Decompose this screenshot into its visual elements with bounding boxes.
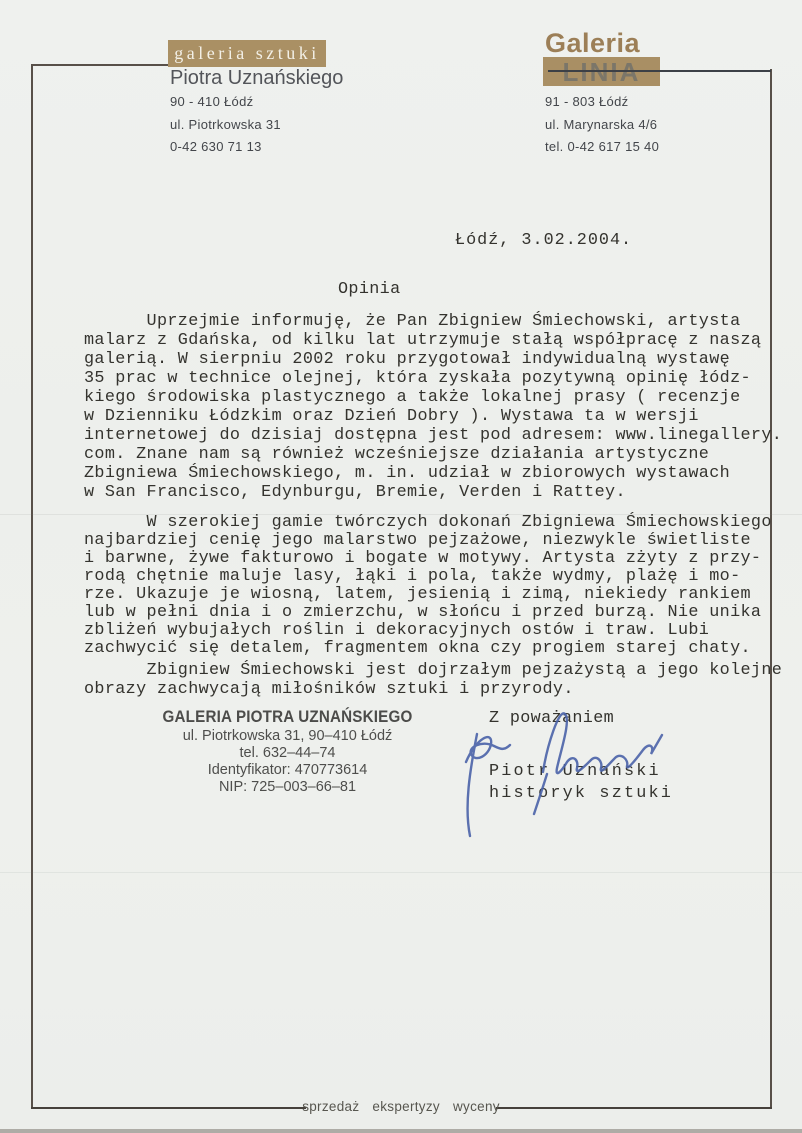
right-gallery-postal: 91 - 803 Łódź <box>545 94 628 109</box>
stamp-title: GALERIA PIOTRA UZNAŃSKIEGO <box>161 708 414 727</box>
stamp-phone: tel. 632–44–74 <box>150 745 425 761</box>
left-gallery-logo: galeria sztuki <box>168 40 326 67</box>
stamp-address: ul. Piotrkowska 31, 90–410 Łódź <box>150 728 425 744</box>
paragraph-1: Uprzejmie informuję, że Pan Zbigniew Śmi… <box>84 312 782 502</box>
frame-line-top-left <box>31 64 168 66</box>
footer-services: sprzedaż ekspertyzy wyceny <box>0 1099 802 1114</box>
signer-role: historyk sztuki <box>489 784 673 803</box>
gallery-stamp: GALERIA PIOTRA UZNAŃSKIEGO ul. Piotrkows… <box>150 708 425 795</box>
left-gallery-phone: 0-42 630 71 13 <box>170 139 262 154</box>
letter-title: Opinia <box>338 280 401 299</box>
frame-line-left <box>31 64 33 1109</box>
closing-line: Z poważaniem <box>489 709 614 728</box>
paragraph-3: Zbigniew Śmiechowski jest dojrzałym pejz… <box>84 662 782 699</box>
stamp-id: Identyfikator: 470773614 <box>150 762 425 778</box>
scan-edge <box>0 1129 802 1133</box>
paper-crease <box>0 872 802 873</box>
scanned-letter-page: { "letterhead": { "left": { "logo_text":… <box>0 0 802 1133</box>
paragraph-2: W szerokiej gamie twórczych dokonań Zbig… <box>84 514 772 658</box>
right-gallery-street: ul. Marynarska 4/6 <box>545 117 657 132</box>
signer-name: Piotr Uznański <box>489 762 661 781</box>
paper-crease <box>0 514 802 515</box>
left-gallery-logo-text: galeria sztuki <box>174 43 319 64</box>
linia-strike-line <box>548 70 771 72</box>
left-gallery-name: Piotra Uznańskiego <box>170 67 343 90</box>
right-gallery-phone: tel. 0-42 617 15 40 <box>545 139 659 154</box>
left-gallery-postal: 90 - 410 Łódź <box>170 94 253 109</box>
left-gallery-street: ul. Piotrkowska 31 <box>170 117 281 132</box>
stamp-nip: NIP: 725–003–66–81 <box>150 779 425 795</box>
dateline: Łódź, 3.02.2004. <box>455 231 632 250</box>
right-gallery-logo-word: Galeria <box>545 28 640 59</box>
